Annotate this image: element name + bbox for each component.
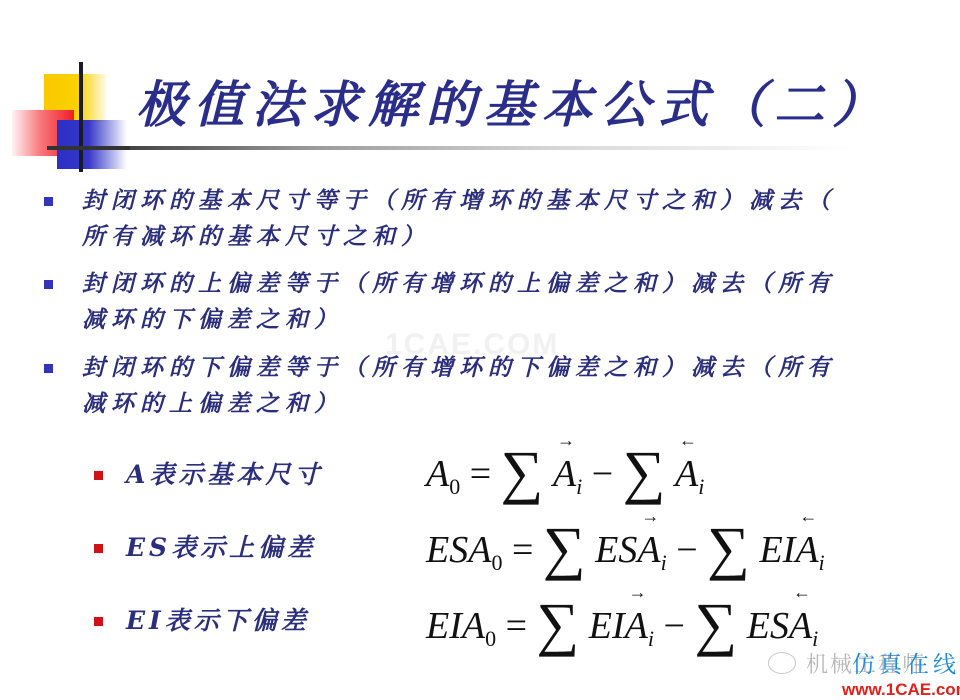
sigma-icon: ∑ bbox=[707, 515, 750, 581]
bullet-line-1: 封闭环的上偏差等于（所有增环的上偏差之和）减去（所有 bbox=[82, 266, 924, 302]
slide-title: 极值法求解的基本公式（二） bbox=[136, 70, 876, 140]
decreasing-link-vector: ←A bbox=[675, 439, 698, 509]
right-arrow-icon: → bbox=[557, 431, 575, 449]
bullet-line-2: 减环的上偏差之和） bbox=[82, 386, 924, 422]
formula-upper-deviation: ESA0 = ∑ ES→Ai − ∑ EI←Ai bbox=[426, 513, 825, 583]
bullet-item-upper-deviation: 封闭环的上偏差等于（所有增环的上偏差之和）减去（所有 减环的下偏差之和） bbox=[44, 266, 924, 338]
increasing-link-vector: →A bbox=[637, 515, 660, 585]
bullet-item-lower-deviation: 封闭环的下偏差等于（所有增环的下偏差之和）减去（所有 减环的上偏差之和） bbox=[44, 350, 924, 422]
minus-sign: − bbox=[592, 453, 613, 495]
equals-sign: = bbox=[512, 529, 533, 571]
wechat-icon bbox=[768, 652, 796, 674]
sigma-icon: ∑ bbox=[543, 515, 586, 581]
formula-lhs: EIA bbox=[426, 605, 485, 647]
formula-lhs: ESA bbox=[426, 529, 491, 571]
bullet-line-2: 所有减环的基本尺寸之和） bbox=[82, 219, 924, 255]
left-arrow-icon: ← bbox=[679, 431, 697, 449]
square-bullet-icon bbox=[44, 197, 53, 206]
equals-sign: = bbox=[470, 453, 491, 495]
increasing-link-vector: →A bbox=[625, 591, 648, 661]
minus-sign: − bbox=[676, 529, 697, 571]
bullet-item-basic-size: 封闭环的基本尺寸等于（所有增环的基本尺寸之和）减去（ 所有减环的基本尺寸之和） bbox=[44, 183, 924, 255]
square-bullet-icon bbox=[44, 364, 53, 373]
decreasing-link-vector: ←A bbox=[795, 515, 818, 585]
sigma-icon: ∑ bbox=[623, 439, 666, 505]
watermark-blue-text: 仿真在线 bbox=[852, 646, 960, 679]
bullet-line-1: 封闭环的基本尺寸等于（所有增环的基本尺寸之和）减去（ bbox=[82, 183, 924, 219]
formula-lhs: A bbox=[426, 453, 449, 495]
sigma-icon: ∑ bbox=[537, 591, 580, 657]
title-underline bbox=[130, 146, 850, 150]
right-arrow-icon: → bbox=[629, 583, 647, 601]
right-arrow-icon: → bbox=[641, 507, 659, 525]
left-arrow-icon: ← bbox=[799, 507, 817, 525]
formula-basic-size: A0 = ∑ →Ai − ∑ ←Ai bbox=[426, 437, 704, 507]
deco-blue-square bbox=[57, 120, 127, 169]
slide: 极值法求解的基本公式（二） 1CAE.COM 封闭环的基本尺寸等于（所有增环的基… bbox=[0, 0, 960, 700]
minus-sign: − bbox=[664, 605, 685, 647]
watermark-url: www.1CAE.com bbox=[842, 680, 960, 700]
red-square-bullet-icon bbox=[94, 617, 103, 626]
definition-lower-deviation: EI表示下偏差 bbox=[94, 601, 414, 641]
definition-basic-size: A表示基本尺寸 bbox=[94, 455, 414, 495]
formula-lower-deviation: EIA0 = ∑ EI→Ai − ∑ ES←Ai bbox=[426, 589, 818, 659]
square-bullet-icon bbox=[44, 280, 53, 289]
sigma-icon: ∑ bbox=[694, 591, 737, 657]
red-square-bullet-icon bbox=[94, 544, 103, 553]
definition-upper-deviation: ES表示上偏差 bbox=[94, 528, 414, 568]
footer-watermark: 机械工程师 仿真在线 www.1CAE.com bbox=[760, 650, 960, 700]
sigma-icon: ∑ bbox=[501, 439, 544, 505]
bullet-line-2: 减环的下偏差之和） bbox=[82, 302, 924, 338]
deco-vertical-line bbox=[79, 62, 83, 172]
increasing-link-vector: →A bbox=[553, 439, 576, 509]
equals-sign: = bbox=[506, 605, 527, 647]
bullet-line-1: 封闭环的下偏差等于（所有增环的下偏差之和）减去（所有 bbox=[82, 350, 924, 386]
left-arrow-icon: ← bbox=[793, 583, 811, 601]
red-square-bullet-icon bbox=[94, 471, 103, 480]
